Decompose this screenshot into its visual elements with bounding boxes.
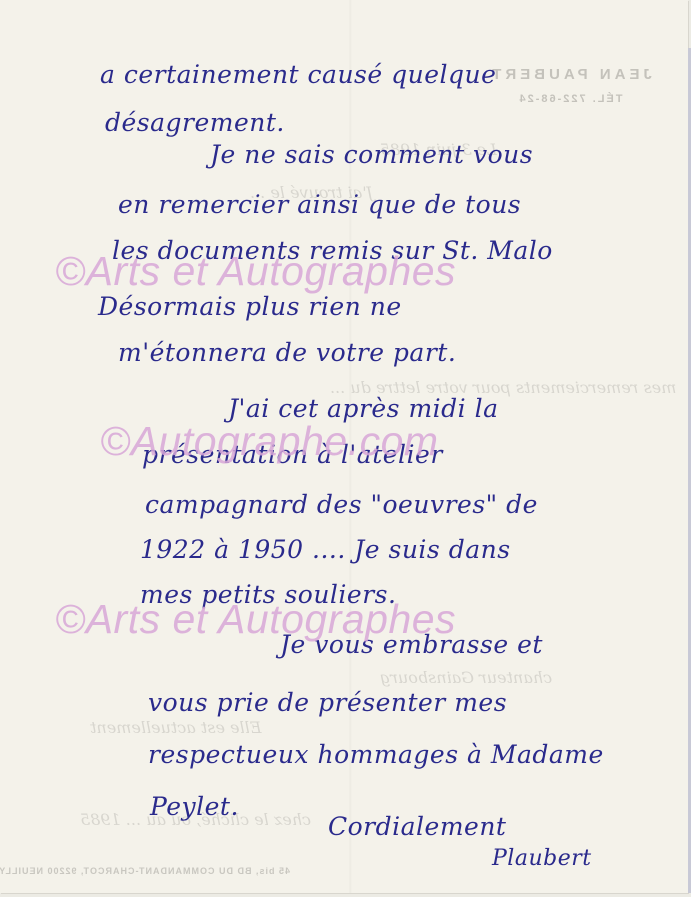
- handwritten-line: 1922 à 1950 .... Je suis dans: [140, 535, 511, 564]
- footer-address-mirrored: 45 bis, BD DU COMMANDANT-CHARCOT, 92200 …: [50, 866, 290, 876]
- bleed-through-text: Elle est actuellement: [90, 718, 261, 737]
- handwritten-line: Peylet.: [150, 792, 239, 821]
- handwritten-line: Je ne sais comment vous: [210, 140, 533, 169]
- letter-page: JEAN PAUBERT TÉL. 722-68-24 Le 3 juin 19…: [0, 0, 688, 893]
- watermark: ©Arts et Autographes: [55, 596, 456, 643]
- watermark: ©Arts et Autographes: [55, 248, 456, 295]
- handwritten-line: m'étonnera de votre part.: [118, 338, 456, 367]
- handwritten-line: désagrement.: [105, 108, 285, 137]
- watermark: ©Autographe.com: [100, 418, 439, 465]
- letterhead-name: JEAN PAUBERT: [470, 66, 670, 83]
- handwritten-line: vous prie de présenter mes: [148, 688, 507, 717]
- handwritten-line: a certainement causé quelque: [100, 60, 496, 89]
- handwritten-line: en remercier ainsi que de tous: [118, 190, 521, 219]
- closing: Cordialement: [328, 812, 506, 841]
- signature: Plaubert: [492, 846, 592, 871]
- handwritten-line: respectueux hommages à Madame: [148, 740, 604, 769]
- bleed-through-text: chanteur Gainsbourg: [380, 668, 552, 687]
- letterhead-telephone: TÉL. 722-68-24: [470, 93, 670, 105]
- handwritten-line: Désormais plus rien ne: [98, 292, 402, 321]
- letterhead-mirrored: JEAN PAUBERT TÉL. 722-68-24: [470, 66, 670, 105]
- handwritten-line: campagnard des "oeuvres" de: [145, 490, 538, 519]
